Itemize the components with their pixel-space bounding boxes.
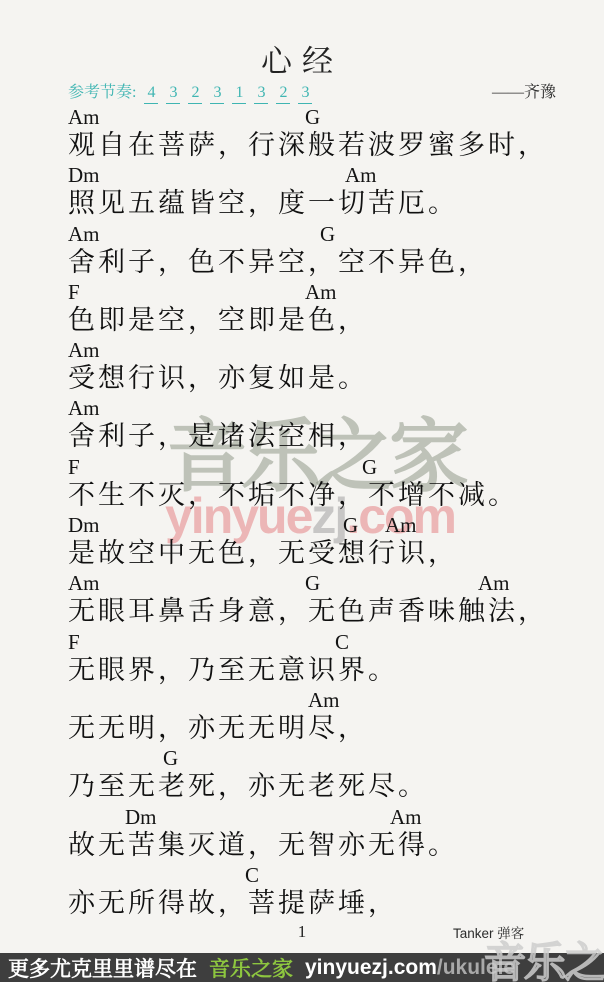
rhythm-number-link[interactable]: 3: [254, 84, 268, 104]
meta-row: 参考节奏: 43231323 ——齐豫: [68, 79, 556, 101]
chord-label: Am: [305, 279, 337, 305]
chord-label: G: [362, 454, 377, 480]
chord-label: G: [163, 745, 178, 771]
chord-label: Am: [68, 104, 100, 130]
lyric-row: 无眼界，乃至无意识界。: [0, 655, 604, 687]
lyric-row: 色即是空，空即是色，: [0, 305, 604, 337]
chord-row: AmG: [0, 221, 604, 247]
chord-row: Am: [0, 337, 604, 363]
rhythm-number-link[interactable]: 3: [298, 84, 312, 104]
reference-rhythm: 参考节奏: 43231323: [68, 79, 316, 104]
lyric-row: 观自在菩萨，行深般若波罗蜜多时，: [0, 130, 604, 162]
chord-label: F: [68, 454, 80, 480]
chord-label: G: [343, 512, 358, 538]
rhythm-number-link[interactable]: 2: [188, 84, 202, 104]
lyric-row: 不生不灭，不垢不净，不增不减。: [0, 480, 604, 512]
lyric-row: 是故空中无色，无受想行识，: [0, 538, 604, 570]
chord-row: DmAm: [0, 804, 604, 830]
lyric-row: 无无明，亦无无明尽，: [0, 713, 604, 745]
artist-attribution: ——齐豫: [492, 79, 556, 102]
chord-label: G: [320, 221, 335, 247]
chord-row: FG: [0, 454, 604, 480]
chord-label: F: [68, 629, 80, 655]
chord-row: DmGAm: [0, 512, 604, 538]
chord-row: FAm: [0, 279, 604, 305]
chord-row: DmAm: [0, 162, 604, 188]
lyric-row: 乃至无老死，亦无老死尽。: [0, 771, 604, 803]
rhythm-number-link[interactable]: 1: [232, 84, 246, 104]
chord-label: Am: [68, 395, 100, 421]
chord-label: C: [335, 629, 349, 655]
rhythm-number-link[interactable]: 4: [144, 84, 158, 104]
lyric-row: 舍利子，是诸法空相，: [0, 421, 604, 453]
page-title: 心经: [0, 36, 604, 81]
lyric-row: 舍利子，色不异空，空不异色，: [0, 247, 604, 279]
footer-url-main: yinyuezj.com: [305, 956, 437, 979]
chord-row: Am: [0, 687, 604, 713]
chord-label: C: [245, 862, 259, 888]
lyric-row: 故无苦集灭道，无智亦无得。: [0, 830, 604, 862]
chord-label: Am: [68, 337, 100, 363]
chord-label: Am: [345, 162, 377, 188]
chord-label: Am: [68, 221, 100, 247]
song-body: AmG观自在菩萨，行深般若波罗蜜多时，DmAm照见五蕴皆空，度一切苦厄。AmG舍…: [0, 104, 604, 920]
rhythm-label: 参考节奏:: [68, 84, 136, 101]
chord-row: G: [0, 745, 604, 771]
chord-label: F: [68, 279, 80, 305]
tanker-logo-text: Tanker 弹客: [453, 922, 524, 942]
chord-row: Am: [0, 395, 604, 421]
chord-row: C: [0, 862, 604, 888]
footer-brand-text: 音乐之家: [209, 953, 293, 982]
chord-label: Am: [308, 687, 340, 713]
footer-prefix-text: 更多尤克里里谱尽在: [8, 953, 197, 982]
rhythm-number-link[interactable]: 3: [210, 84, 224, 104]
chord-row: AmGAm: [0, 570, 604, 596]
chord-label: Dm: [125, 804, 157, 830]
chord-label: Am: [385, 512, 417, 538]
chord-label: G: [305, 570, 320, 596]
lyric-row: 受想行识，亦复如是。: [0, 363, 604, 395]
chord-label: Dm: [68, 512, 100, 538]
chord-label: G: [305, 104, 320, 130]
chord-label: Am: [390, 804, 422, 830]
lyric-row: 照见五蕴皆空，度一切苦厄。: [0, 188, 604, 220]
rhythm-number-link[interactable]: 3: [166, 84, 180, 104]
chord-label: Am: [478, 570, 510, 596]
song-sheet-page: 音乐之家 yinyuezj.com 心经 参考节奏: 43231323 ——齐豫…: [0, 0, 604, 982]
lyric-row: 无眼耳鼻舌身意，无色声香味触法，: [0, 596, 604, 628]
lyric-row: 亦无所得故，菩提萨埵，: [0, 888, 604, 920]
chord-row: FC: [0, 629, 604, 655]
chord-label: Dm: [68, 162, 100, 188]
chord-row: AmG: [0, 104, 604, 130]
chord-label: Am: [68, 570, 100, 596]
rhythm-number-link[interactable]: 2: [276, 84, 290, 104]
